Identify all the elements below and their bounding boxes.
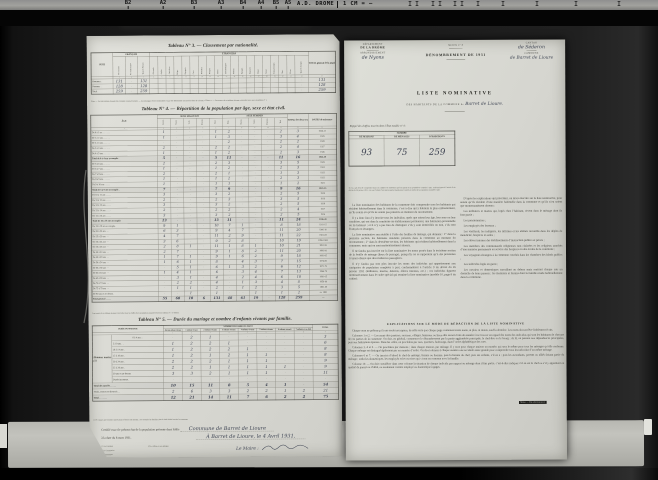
- ruler-separator: [337, 1, 338, 8]
- column-header: Espagnols: [182, 56, 190, 76]
- table-cell: 60: [171, 296, 184, 301]
- column-header: Turcs: [279, 55, 287, 75]
- column-header: Mariées: [235, 118, 248, 127]
- signature-flourish: [260, 442, 310, 454]
- column-header: Par naturalisation: [125, 56, 137, 76]
- column-header: ÂGE: [91, 115, 157, 128]
- microfilm-frame: A.D. DROME 1 CM = — B2A2B3A3B4A4B5A5ĪĪĪĪ…: [0, 0, 658, 480]
- table-cell: [239, 88, 247, 93]
- table-cell: ·: [125, 89, 137, 94]
- column-header: Grecs: [190, 56, 198, 76]
- table-cell: 61: [236, 296, 249, 301]
- table-cell: [166, 88, 174, 93]
- column-header: Filles: [222, 118, 235, 127]
- list-subtitle: DES HABITANTS DE LA COMMUNE de Barret de…: [344, 101, 565, 107]
- paragraph: Colonnes 1 et 2. — Les noms des quartier…: [348, 333, 564, 344]
- paragraph: Il y a donc lieu d’y inscrire tous les i…: [349, 216, 456, 231]
- paragraph: Les ouvriers et domestiques travaillant …: [460, 267, 562, 278]
- column-header: Tchécoslovaques: [271, 55, 279, 75]
- column-header: Hongrois: [206, 56, 214, 76]
- paragraph: Colonnes 6 et 7. — On inscrira d’abord l…: [348, 353, 564, 361]
- table-cell: Hommes mariés (1): [92, 335, 112, 383]
- paragraph: Les élèves internes des établissements d…: [460, 238, 562, 242]
- column-header: Veufs: [183, 118, 196, 127]
- table-cell: 21: [183, 394, 202, 400]
- paragraph: Les membres des communautés religieuses …: [460, 244, 562, 252]
- canton-value: de Séderon: [501, 44, 561, 50]
- table-cell: ·: [295, 88, 309, 93]
- calibration-tick: Ī: [415, 0, 419, 8]
- calibration-label: A3: [218, 0, 225, 6]
- table-cell: [214, 88, 222, 93]
- column-header: Allemands: [150, 56, 158, 76]
- film-edge-sliver-left: [0, 424, 7, 448]
- column-header: Luxembourgeois: [222, 56, 230, 76]
- calibration-tick: Ī: [431, 0, 435, 8]
- paragraph: Chaque nom ne prêtera qu’à une seule ins…: [348, 328, 564, 332]
- calibration-tick: Ī: [535, 0, 539, 8]
- calibration-label: B2: [125, 0, 132, 6]
- left-page: Tableau N° 3. — Classement par nationali…: [87, 34, 343, 458]
- table-cell: ·: [262, 295, 275, 300]
- table-cell: [222, 88, 230, 93]
- table-cell: 55: [158, 296, 171, 301]
- column-header: Divorcés: [196, 118, 209, 127]
- table-cell: [174, 88, 182, 93]
- column-header: Total: [209, 118, 222, 127]
- column-header: Divers: [287, 55, 295, 75]
- table-cell: [158, 89, 166, 94]
- calibration-label: A4: [258, 0, 265, 6]
- table-cell: [190, 88, 198, 93]
- calibration-label: B3: [191, 0, 198, 6]
- data-table: SEXEFRANÇAISÉTRANGERSTOTAL général de la…: [91, 51, 336, 95]
- table4-title: Tableau N° 4. — Répartition de la popula…: [87, 105, 340, 112]
- calibration-label: A5: [285, 0, 292, 6]
- table5-footnote: (1) Y compris les hommes mariés dont la …: [93, 417, 338, 421]
- table-cell: [150, 89, 158, 94]
- arrondissement-value: de Nyons: [346, 54, 399, 60]
- column-header: TOTAL général de la population: [308, 51, 335, 75]
- table-cell: [271, 88, 279, 93]
- calibration-tick: Ī: [501, 0, 505, 8]
- canton-commune-block: CANTON de Séderon COMMUNE de Barret de L…: [501, 42, 561, 61]
- table-cell: 19: [249, 296, 262, 301]
- calibration-tick: Ī: [453, 0, 457, 8]
- column-header: Russes: [254, 56, 262, 76]
- department-name: DE LA DRÔME: [346, 46, 399, 50]
- table-cell: 259: [419, 139, 455, 166]
- model-label: Modèle n° 8: [407, 44, 504, 47]
- paragraph: de la Commission: [101, 449, 148, 452]
- calibration-tick: Ī: [460, 0, 464, 8]
- table-cell: 48: [223, 296, 236, 301]
- calibration-tick: Ī: [408, 0, 412, 8]
- table-cell: [206, 88, 214, 93]
- scale-label: 1 CM = —: [343, 1, 373, 7]
- calibration-label: B4: [240, 0, 247, 6]
- microfilm-ruler: A.D. DROME 1 CM = — B2A2B3A3B4A4B5A5ĪĪĪĪ…: [0, 0, 658, 10]
- table-cell: 128: [275, 295, 288, 300]
- column-header: Hollandais: [198, 56, 206, 76]
- explications-paragraphs: Chaque nom ne prêtera qu’à une seule ins…: [348, 328, 564, 371]
- table-cell: 259: [138, 89, 150, 94]
- table4-footnote: Les totaux de ce tableau doivent concord…: [92, 311, 337, 315]
- column-header: Roumains: [246, 56, 254, 76]
- column-header: Veuves: [248, 118, 261, 127]
- paragraph: Il n’y faudra pas non plus inscrire les …: [349, 262, 456, 281]
- table-cell: 7: [239, 394, 258, 400]
- calibration-tick: Ī: [438, 0, 442, 8]
- column-header: Autrichiens: [166, 56, 174, 76]
- certification-line2: à la date du 8 mars 1931.: [101, 436, 131, 440]
- paragraph: Les militaires et marins qui, logés chez…: [460, 209, 562, 217]
- calibration-tick: Ī: [617, 0, 621, 8]
- instructions-left-column: La liste nominative des habitants de la …: [349, 203, 456, 283]
- table-cell: [182, 88, 190, 93]
- table-cell: Total général . . . . .: [92, 296, 158, 302]
- table-cell: [255, 88, 263, 93]
- paragraph: Les individus logés en garni ;: [460, 262, 562, 266]
- imprint-text: Melun. — Imp. administrative.: [519, 401, 547, 404]
- list-title: LISTE NOMINATIVE: [344, 90, 565, 97]
- table-cell: Total . . . . . . .: [93, 395, 164, 402]
- table3: SEXEFRANÇAISÉTRANGERSTOTAL général de la…: [91, 51, 336, 95]
- explications-heading: EXPLICATIONS SUR LE MODE DE RÉDACTION DE…: [345, 322, 566, 326]
- film-bottom-band: [0, 468, 658, 480]
- table5: DURÉE DU MARIAGENOMBRE DES FAMILLES AYAN…: [92, 324, 339, 402]
- recap-caption: Rappel des chiffres inscrits dans l’État…: [350, 124, 460, 128]
- paragraph: Les employés des bureaux ;: [460, 224, 562, 228]
- table-cell: [247, 88, 255, 93]
- column-header: Italiens: [214, 56, 222, 76]
- place-date-script: À Barret de Lioure, le 4 Avril 1931.: [196, 433, 305, 440]
- signer-script: Le Maire :: [236, 446, 259, 451]
- calibration-label: B5: [273, 0, 280, 6]
- calibration-tick: Ī: [574, 0, 578, 8]
- certified-commune-script: Commune de Barret de Lioure: [181, 425, 274, 432]
- paragraph: Il ne faudra pas inscrire sur la liste n…: [349, 249, 456, 260]
- data-table: DURÉE DU MARIAGENOMBRE DES FAMILLES AYAN…: [92, 324, 339, 402]
- column-header: Portugais: [238, 56, 246, 76]
- column-header: Suisses: [263, 55, 271, 75]
- paragraph: de recensement.: [101, 454, 148, 457]
- data-table: ÂGESEXE MASCULINSEXE FÉMININTOTAL des de…: [90, 113, 338, 302]
- table-cell: 75: [313, 393, 338, 399]
- census-header-block: Modèle n° 8 DÉNOMBREMENT DE 1931: [407, 44, 504, 62]
- paragraph: (1) Le Président: [101, 445, 148, 448]
- recap-table: NOMBREDE MAISONSDE MÉNAGESD’HABITANTS937…: [348, 131, 455, 167]
- table-cell: [287, 88, 295, 93]
- table-cell: 6: [197, 296, 210, 301]
- column-header: DATES de naissance: [308, 113, 336, 126]
- instructions-right-column: D’après les explications qui précèdent, …: [460, 196, 562, 280]
- film-band: [0, 10, 658, 26]
- table-cell: 12: [164, 395, 183, 401]
- table-cell: [279, 88, 287, 93]
- table3-footnote: Nota. — Les naturalisés doivent être com…: [91, 99, 336, 103]
- table-cell: 11: [220, 394, 239, 400]
- right-page: DÉPARTEMENT DE LA DRÔME ARRONDISSEMENT d…: [344, 40, 567, 461]
- column-header: Mariés: [170, 118, 183, 127]
- paragraph: La liste nominative sera établie à l’aid…: [349, 232, 456, 247]
- table-cell: 131: [210, 296, 223, 301]
- table5-title: Tableau N° 5. — Durée du mariage et nomb…: [88, 316, 341, 323]
- calibration-tick: Ī: [476, 0, 480, 8]
- table-cell: 75: [384, 139, 419, 166]
- paragraph: D’après les explications qui précèdent, …: [460, 196, 562, 207]
- recap-note: Il n’y a pas lieu de comprendre dans ces…: [349, 187, 456, 192]
- table-cell: 10: [184, 296, 197, 301]
- paragraph: La liste nominative des habitants de la …: [349, 203, 456, 214]
- department-block: DÉPARTEMENT DE LA DRÔME ARRONDISSEMENT d…: [346, 43, 399, 60]
- table3-title: Tableau N° 3. — Classement par nationali…: [87, 42, 340, 49]
- column-header: Total des Français: [137, 56, 149, 76]
- table-cell: [230, 88, 238, 93]
- table-cell: 6: [257, 394, 276, 400]
- column-header: Garçons: [157, 119, 170, 128]
- column-header: Belges: [174, 56, 182, 76]
- certification-line1: Certifié exact le présent état de la pop…: [101, 428, 179, 432]
- table4: ÂGESEXE MASCULINSEXE FÉMININTOTAL des de…: [90, 113, 338, 302]
- paragraph: Les voyageurs étrangers à la commune cou…: [460, 253, 562, 261]
- paragraph: Colonne 10. — On doit considérer dans ce…: [348, 362, 564, 370]
- table-cell: 2: [276, 394, 295, 400]
- table-cell: [198, 88, 206, 93]
- table-cell: Total .: [91, 89, 113, 94]
- table-cell: 259: [113, 89, 125, 94]
- paragraph: Les pensionnaires ;: [460, 218, 562, 222]
- column-header: Divorcées: [261, 118, 274, 127]
- column-header: Anglais: [158, 56, 166, 76]
- table-cell: 14: [201, 394, 220, 400]
- census-title: DÉNOMBREMENT DE 1931: [407, 53, 504, 58]
- table-cell: 259: [289, 295, 310, 301]
- calibration-label: A2: [160, 0, 167, 6]
- column-header: De naissance: [113, 57, 125, 77]
- table-cell: [263, 88, 271, 93]
- paragraph: Les vieillards, les indigents, les infir…: [460, 229, 562, 237]
- column-header: Total des étrangers: [295, 55, 309, 75]
- column-header: SEXE: [91, 53, 113, 77]
- paragraph: Colonnes 3, 4 et 5. — On procédera par m…: [348, 345, 564, 353]
- column-header: Total: [274, 118, 287, 127]
- archive-label: A.D. DROME: [297, 1, 334, 7]
- printer-imprint: Melun. — Imp. administrative.: [519, 398, 547, 404]
- table-cell: 259: [309, 87, 336, 92]
- column-header: TOTAL des deux sexes: [287, 114, 308, 127]
- table-cell: —: [309, 295, 337, 301]
- subtitle-commune-script: Barret de Lioure.: [465, 101, 503, 106]
- table-cell: 93: [349, 139, 384, 166]
- table-cell: 2: [295, 394, 314, 400]
- data-table: NOMBREDE MAISONSDE MÉNAGESD’HABITANTS937…: [348, 131, 455, 167]
- subtitle-prefix: DES HABITANTS DE LA COMMUNE de: [406, 103, 464, 106]
- column-header: Polonais: [230, 56, 238, 76]
- commune-value: de Barret de Lioure: [501, 55, 561, 60]
- film-edge-sliver-right: [644, 419, 652, 435]
